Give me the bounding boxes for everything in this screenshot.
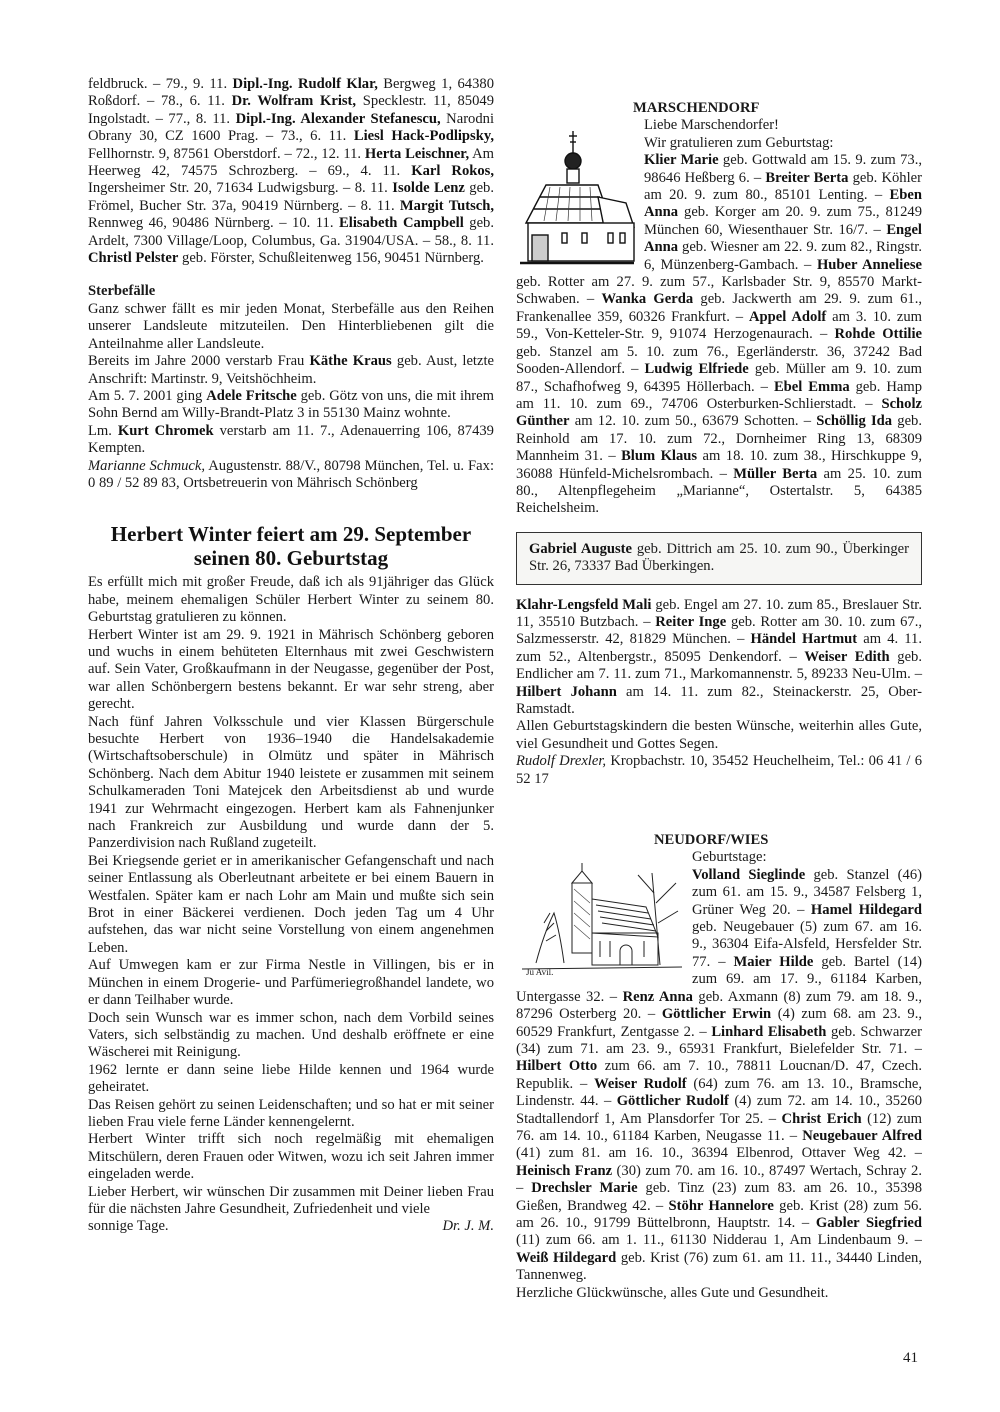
article-herbert-winter: Herbert Winter feiert am 29. September s… bbox=[88, 522, 494, 1235]
article-paragraph: Bei Kriegsende geriet er in amerikanisch… bbox=[88, 853, 494, 957]
deaths-section: Sterbefälle Ganz schwer fällt es mir jed… bbox=[88, 283, 494, 492]
person-name: Kurt Chromek bbox=[118, 423, 214, 439]
person-name: Maier Hilde bbox=[734, 954, 814, 970]
section-heading: MARSCHENDORF bbox=[633, 100, 922, 117]
page-number: 41 bbox=[903, 1350, 918, 1367]
person-name: Christl Pelster bbox=[88, 250, 178, 266]
person-name: Gabler Siegfried bbox=[816, 1215, 922, 1231]
contact-info: Rudolf Drexler, Kropbachstr. 10, 35452 H… bbox=[516, 753, 922, 788]
person-name: Herta Leischner, bbox=[365, 146, 469, 162]
article-title: Herbert Winter feiert am 29. September s… bbox=[88, 522, 494, 570]
person-name: Göttlicher Erwin bbox=[662, 1006, 771, 1022]
church-sketch-icon: Ju Avil. bbox=[516, 853, 684, 983]
spacer bbox=[516, 788, 922, 832]
person-name: Käthe Kraus bbox=[310, 353, 392, 369]
person-name: Volland Sieglinde bbox=[692, 867, 805, 883]
article-paragraph: Es erfüllt mich mit großer Freude, daß i… bbox=[88, 574, 494, 626]
person-name: Appel Adolf bbox=[749, 309, 826, 325]
person-name: Klahr-Lengsfeld Mali bbox=[516, 597, 651, 613]
person-name: Weiser Rudolf bbox=[594, 1076, 687, 1092]
section-heading: Sterbefälle bbox=[88, 283, 494, 300]
death-notice: Lm. Kurt Chromek verstarb am 11. 7., Ade… bbox=[88, 423, 494, 458]
person-name: Elisabeth Campbell bbox=[339, 215, 464, 231]
article-paragraph: Lieber Herbert, wir wünschen Dir zusamme… bbox=[88, 1184, 494, 1219]
person-name: Händel Hartmut bbox=[751, 631, 858, 647]
marschendorf-section: MARSCHENDORF bbox=[516, 100, 922, 788]
neudorf-section: NEUDORF/WIES bbox=[516, 832, 922, 1302]
contact-info: Marianne Schmuck, Augustenstr. 88/V., 80… bbox=[88, 458, 494, 493]
person-name: Müller Berta bbox=[733, 466, 817, 482]
person-name: Rohde Ottilie bbox=[835, 326, 922, 342]
closing-wishes: Herzliche Glückwünsche, alles Gute und G… bbox=[516, 1285, 922, 1302]
person-name: Klier Marie bbox=[644, 152, 719, 168]
person-name: Ebel Emma bbox=[774, 379, 850, 395]
person-name: Blum Klaus bbox=[621, 448, 697, 464]
person-name: Göttlicher Rudolf bbox=[617, 1093, 729, 1109]
person-name: Karl Rokos, bbox=[411, 163, 494, 179]
article-paragraph: Das Reisen gehört zu seinen Leidenschaft… bbox=[88, 1097, 494, 1132]
right-column: MARSCHENDORF bbox=[516, 100, 922, 1302]
contact-name: Rudolf Drexler, bbox=[516, 753, 606, 769]
section-heading: NEUDORF/WIES bbox=[654, 832, 922, 849]
article-paragraph: 1962 lernte er dann seine liebe Hilde ke… bbox=[88, 1062, 494, 1097]
article-paragraph: Nach fünf Jahren Volksschule und vier Kl… bbox=[88, 714, 494, 853]
person-name: Margit Tutsch, bbox=[400, 198, 494, 214]
person-name: Weiß Hildegard bbox=[516, 1250, 616, 1266]
neudorf-block: Ju Avil. Geburtstage: Volland Sieglinde … bbox=[516, 849, 922, 1284]
person-name: Hilbert Johann bbox=[516, 684, 617, 700]
article-paragraph: Auf Umwegen kam er zur Firma Nestle in V… bbox=[88, 957, 494, 1009]
article-closing: sonnige Tage. Dr. J. M. bbox=[88, 1218, 494, 1235]
svg-text:Ju Avil.: Ju Avil. bbox=[526, 967, 553, 977]
deaths-intro: Ganz schwer fällt es mir jeden Monat, St… bbox=[88, 301, 494, 353]
person-name: Renz Anna bbox=[623, 989, 693, 1005]
spacer bbox=[88, 267, 494, 283]
person-name: Gabriel Auguste bbox=[529, 541, 632, 557]
closing-wishes: Allen Geburtstagskindern die besten Wüns… bbox=[516, 718, 922, 753]
person-name: Dipl.-Ing. Alexander Stefanescu, bbox=[236, 111, 441, 127]
article-paragraph: Herbert Winter ist am 29. 9. 1921 in Mäh… bbox=[88, 627, 494, 714]
person-name: Reiter Inge bbox=[655, 614, 726, 630]
person-name: Linhard Elisabeth bbox=[711, 1024, 826, 1040]
person-name: Stöhr Hannelore bbox=[669, 1198, 774, 1214]
person-name: Breiter Berta bbox=[765, 170, 848, 186]
person-name: Dipl.-Ing. Rudolf Klar, bbox=[233, 76, 378, 92]
person-name: Heinisch Franz bbox=[516, 1163, 612, 1179]
author-signature: Dr. J. M. bbox=[443, 1218, 494, 1235]
birthday-list-continued: feldbruck. – 79., 9. 11. Dipl.-Ing. Rudo… bbox=[88, 76, 494, 267]
death-notice: Bereits im Jahre 2000 verstarb Frau Käth… bbox=[88, 353, 494, 388]
person-name: Wanka Gerda bbox=[602, 291, 694, 307]
birthday-list-continued: Klahr-Lengsfeld Mali geb. Engel am 27. 1… bbox=[516, 597, 922, 719]
left-column: feldbruck. – 79., 9. 11. Dipl.-Ing. Rudo… bbox=[88, 76, 494, 1236]
church-drawing bbox=[516, 123, 636, 271]
person-name: Hamel Hildegard bbox=[811, 902, 922, 918]
article-paragraph: Doch sein Wunsch war es immer schon, nac… bbox=[88, 1010, 494, 1062]
article-paragraph: Herbert Winter trifft sich noch regelmäß… bbox=[88, 1131, 494, 1183]
contact-name: Marianne Schmuck, bbox=[88, 458, 205, 474]
church-illustration-icon bbox=[516, 123, 636, 271]
death-notice: Am 5. 7. 2001 ging Adele Fritsche geb. G… bbox=[88, 388, 494, 423]
person-name: Isolde Lenz bbox=[392, 180, 465, 196]
person-name: Ludwig Elfriede bbox=[645, 361, 749, 377]
person-name: Adele Fritsche bbox=[206, 388, 297, 404]
person-name: Christ Erich bbox=[782, 1111, 862, 1127]
person-name: Dr. Wolfram Krist, bbox=[232, 93, 356, 109]
person-name: Weiser Edith bbox=[804, 649, 889, 665]
person-name: Neugebauer Alfred bbox=[802, 1128, 922, 1144]
church-sketch-drawing: Ju Avil. bbox=[516, 853, 684, 983]
marschendorf-block: Liebe Marschendorfer! Wir gratulieren zu… bbox=[516, 117, 922, 517]
person-name: Drechsler Marie bbox=[531, 1180, 637, 1196]
person-name: Schöllig Ida bbox=[816, 413, 892, 429]
person-name: Hilbert Otto bbox=[516, 1058, 597, 1074]
highlighted-birthday-box: Gabriel Auguste geb. Dittrich am 25. 10.… bbox=[516, 532, 922, 585]
spacer bbox=[88, 492, 494, 522]
person-name: Huber Anneliese bbox=[817, 257, 922, 273]
person-name: Liesl Hack-Podlipsky, bbox=[354, 128, 494, 144]
